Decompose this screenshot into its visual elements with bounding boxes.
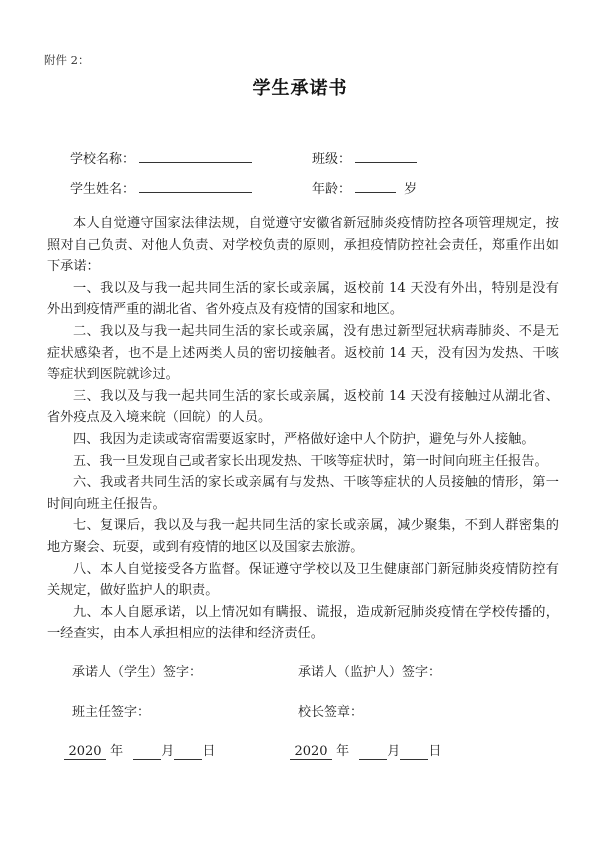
date-left-year[interactable]: 2020 [64,744,106,760]
pledge-item-2: 二、我以及与我一起共同生活的家长或亲属，没有患过新型冠状病毒肺炎、不是无症状感染… [47,321,559,386]
student-name-blank[interactable] [139,178,252,193]
class-field: 班级： [312,148,417,167]
pledge-item-8: 八、本人自觉接受各方监督。保证遵守学校以及卫生健康部门新冠肺炎疫情防控有关规定，… [47,559,559,602]
date-right-day[interactable] [400,744,428,760]
school-name-field: 学校名称： [70,148,252,167]
day-unit: 日 [428,744,441,759]
student-signature-label: 承诺人（学生）签字： [72,661,202,680]
month-unit: 月 [161,744,174,759]
age-field: 年龄： 岁 [312,178,417,197]
school-name-label: 学校名称： [70,152,135,167]
date-right-year[interactable]: 2020 [290,744,332,760]
school-name-blank[interactable] [139,148,252,163]
year-unit: 年 [336,744,349,759]
date-right: 2020 年 月 日 [290,740,441,760]
date-left-month[interactable] [133,744,161,760]
pledge-body: 本人自觉遵守国家法律法规，自觉遵守安徽省新冠肺炎疫情防控各项管理规定，按照对自己… [47,213,559,645]
student-name-label: 学生姓名： [70,182,135,197]
teacher-signature-label: 班主任签字： [72,701,150,720]
age-label: 年龄： [312,182,351,197]
intro-paragraph: 本人自觉遵守国家法律法规，自觉遵守安徽省新冠肺炎疫情防控各项管理规定，按照对自己… [47,213,559,278]
guardian-signature-label: 承诺人（监护人）签字： [298,661,441,680]
pledge-item-3: 三、我以及与我一起共同生活的家长或亲属，返校前 14 天没有接触过从湖北省、省外… [47,386,559,429]
age-blank[interactable] [355,178,396,193]
date-left: 2020 年 月 日 [64,740,215,760]
class-label: 班级： [312,152,351,167]
pledge-item-5: 五、我一旦发现自己或者家长出现发热、干咳等症状时，第一时间向班主任报告。 [47,451,559,473]
month-unit: 月 [387,744,400,759]
date-right-month[interactable] [359,744,387,760]
principal-seal-label: 校长签章： [298,701,363,720]
document-title: 学生承诺书 [0,74,600,100]
day-unit: 日 [202,744,215,759]
pledge-item-9: 九、本人自愿承诺，以上情况如有瞒报、谎报，造成新冠肺炎疫情在学校传播的，一经查实… [47,602,559,645]
age-unit: 岁 [404,182,417,197]
pledge-item-4: 四、我因为走读或寄宿需要返家时，严格做好途中人个防护，避免与外人接触。 [47,429,559,451]
student-name-field: 学生姓名： [70,178,252,197]
pledge-item-7: 七、复课后，我以及与我一起共同生活的家长或亲属，减少聚集，不到人群密集的地方聚会… [47,515,559,558]
attachment-label: 附件 2： [44,52,89,68]
year-unit: 年 [110,744,123,759]
class-blank[interactable] [355,148,417,163]
date-left-day[interactable] [174,744,202,760]
pledge-item-1: 一、我以及与我一起共同生活的家长或亲属，返校前 14 天没有外出，特别是没有外出… [47,278,559,321]
pledge-item-6: 六、我或者共同生活的家长或亲属有与发热、干咳等症状的人员接触的情形，第一时间向班… [47,472,559,515]
